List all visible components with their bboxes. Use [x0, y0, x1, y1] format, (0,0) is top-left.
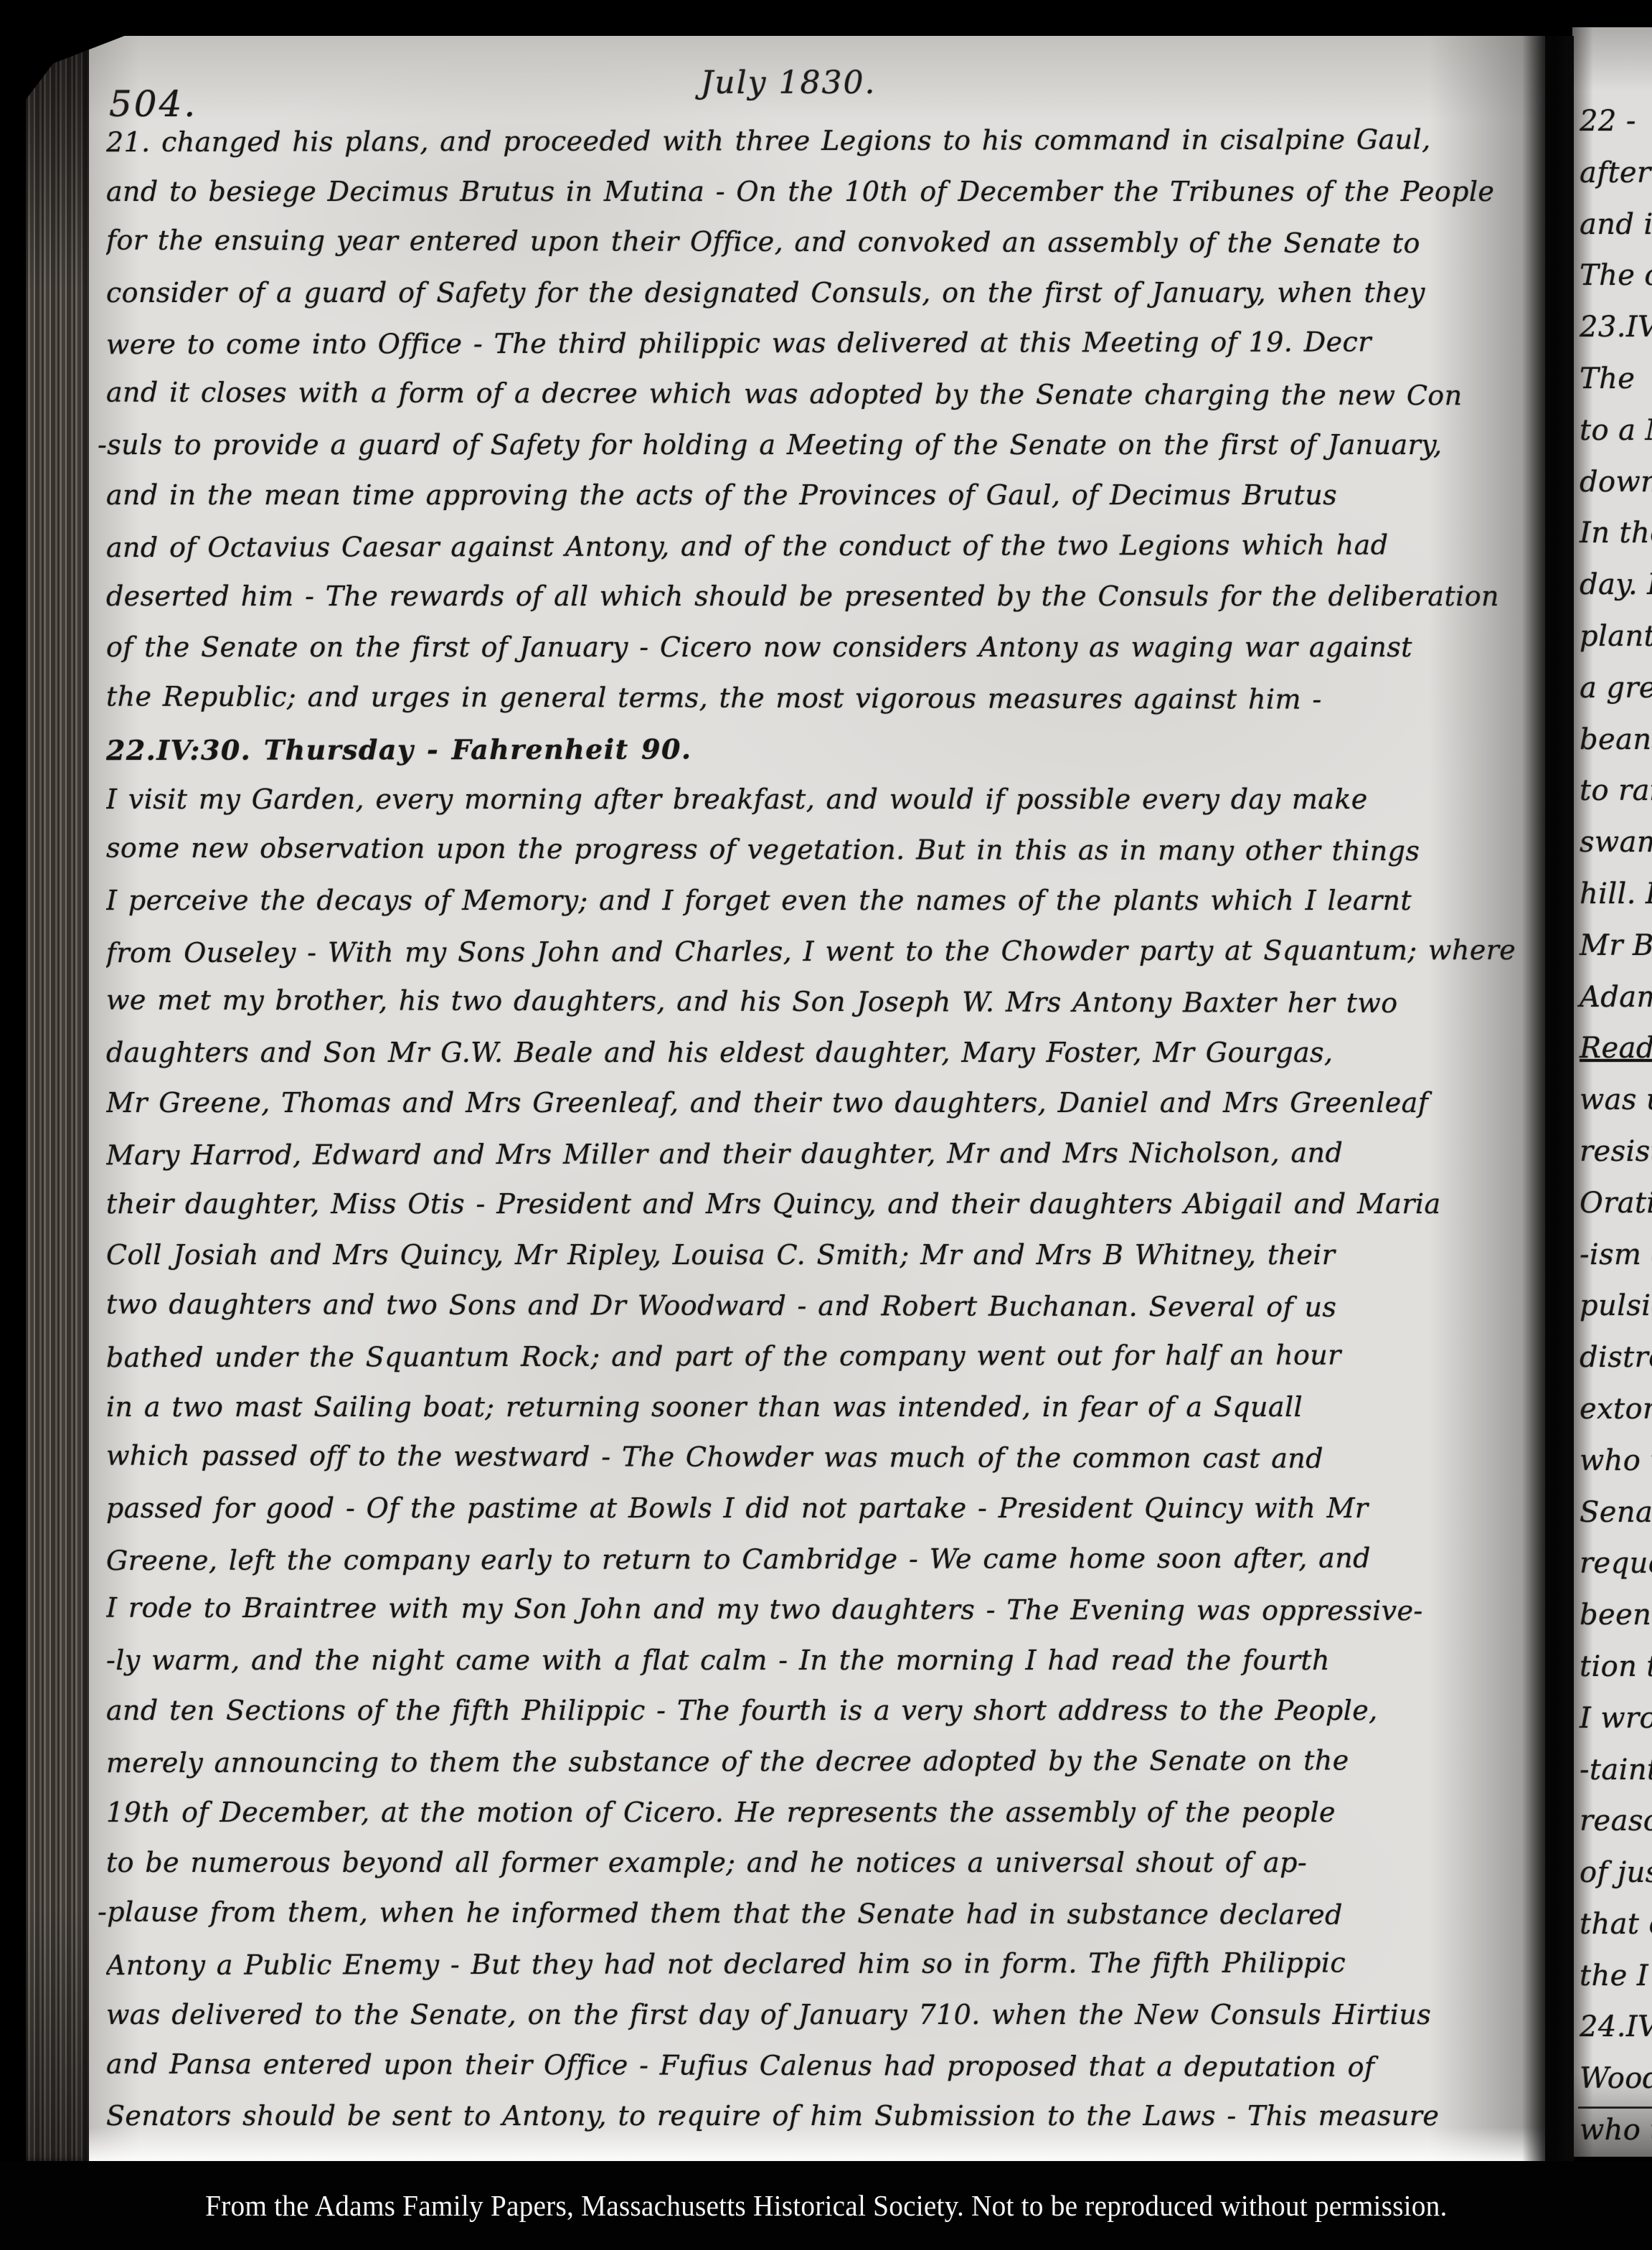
facing-page-line-fragment: Adams	[1580, 981, 1652, 1032]
manuscript-line: Coll Josiah and Mrs Quincy, Mr Ripley, L…	[106, 1239, 1535, 1290]
facing-page-line-fragment: after	[1580, 156, 1652, 208]
manuscript-line: 21. changed his plans, and proceeded wit…	[106, 123, 1535, 177]
facing-page-text: 22 -afterand inThe c23.IVTheto a MdownIn…	[1580, 105, 1652, 2157]
manuscript-line: were to come into Office - The third phi…	[106, 326, 1535, 380]
manuscript-text: 21. changed his plans, and proceeded wit…	[106, 125, 1535, 2151]
manuscript-line: 22.IV:30. Thursday - Fahrenheit 90.	[106, 731, 1535, 785]
facing-page-line-fragment: resist	[1580, 1135, 1652, 1187]
manuscript-line: -plause from them, when he informed them…	[98, 1896, 1535, 1949]
manuscript-line: passed for good - Of the pastime at Bowl…	[106, 1492, 1535, 1543]
manuscript-line: the Republic; and urges in general terms…	[106, 680, 1535, 734]
facing-page-line-fragment: down	[1580, 466, 1652, 517]
facing-page-line-fragment: 22 -	[1580, 105, 1652, 156]
manuscript-line: Senators should be sent to Antony, to re…	[106, 2100, 1535, 2151]
facing-page-line-fragment: extorn	[1580, 1393, 1652, 1444]
page-number: 504.	[109, 83, 197, 125]
manuscript-line: bathed under the Squantum Rock; and part…	[106, 1339, 1535, 1393]
facing-page-line-fragment: 24.IV	[1580, 2010, 1652, 2062]
manuscript-line: was delivered to the Senate, on the firs…	[106, 1999, 1535, 2050]
facing-page-line-fragment: Mr Bea	[1580, 929, 1652, 981]
facing-page-line-fragment: In the	[1580, 517, 1652, 568]
facing-page-line-fragment: pulsic	[1580, 1289, 1652, 1341]
facing-page-line-fragment: been d	[1580, 1599, 1652, 1650]
book-binding-page-edges	[26, 36, 89, 2161]
page-header-date: July 1830.	[701, 65, 877, 101]
facing-page-line-fragment: was up	[1580, 1083, 1652, 1135]
manuscript-line: Mary Harrod, Edward and Mrs Miller and t…	[106, 1136, 1535, 1190]
manuscript-line: from Ouseley - With my Sons John and Cha…	[106, 933, 1535, 987]
manuscript-line: -suls to provide a guard of Safety for h…	[98, 429, 1535, 480]
manuscript-line: I perceive the decays of Memory; and I f…	[106, 885, 1535, 936]
facing-page-line-fragment: The c	[1580, 259, 1652, 311]
facing-page-line-fragment: plants	[1580, 620, 1652, 672]
facing-page-line-fragment: who w	[1580, 1444, 1652, 1496]
facing-page-line-fragment: that o	[1580, 1908, 1652, 1959]
attribution-caption: From the Adams Family Papers, Massachuse…	[205, 2188, 1448, 2223]
manuscript-line: we met my brother, his two daughters, an…	[106, 984, 1535, 1038]
facing-page-line-fragment: to rais	[1580, 774, 1652, 826]
manuscript-line: -ly warm, and the night came with a flat…	[106, 1644, 1535, 1695]
manuscript-line: 19th of December, at the motion of Cicer…	[106, 1797, 1535, 1847]
manuscript-line: deserted him - The rewards of all which …	[106, 580, 1535, 631]
facing-page-line-fragment: beans -	[1580, 723, 1652, 775]
manuscript-line: I rode to Braintree with my Son John and…	[106, 1592, 1535, 1646]
manuscript-line: which passed off to the westward - The C…	[106, 1440, 1535, 1494]
manuscript-line: and Pansa entered upon their Office - Fu…	[106, 2048, 1535, 2101]
facing-page-line-fragment: to a M	[1580, 414, 1652, 466]
manuscript-page-right: 22 -afterand inThe c23.IVTheto a MdownIn…	[1572, 27, 1652, 2157]
manuscript-scan: 504. July 1830. 21. changed his plans, a…	[0, 0, 1652, 2250]
facing-page-line-fragment: The	[1580, 362, 1652, 414]
facing-page-line-fragment: I wrot	[1580, 1702, 1652, 1754]
book-gutter-shadow	[1522, 36, 1574, 2161]
facing-page-line-fragment: and in	[1580, 208, 1652, 260]
facing-page-line-fragment: hill. I	[1580, 877, 1652, 929]
attribution-bar: From the Adams Family Papers, Massachuse…	[0, 2161, 1652, 2250]
manuscript-line: daughters and Son Mr G.W. Beale and his …	[106, 1037, 1535, 1088]
facing-page-line-fragment: the I	[1580, 1959, 1652, 2011]
facing-page-line-fragment: reques	[1580, 1547, 1652, 1599]
manuscript-line: Greene, left the company early to return…	[106, 1542, 1535, 1596]
facing-page-line-fragment: who t	[1580, 2114, 1652, 2157]
manuscript-line: and to besiege Decimus Brutus in Mutina …	[106, 176, 1535, 227]
manuscript-line: two daughters and two Sons and Dr Woodwa…	[106, 1288, 1535, 1342]
facing-page-line-fragment: day. I	[1580, 568, 1652, 620]
manuscript-line: and in the mean time approving the acts …	[106, 479, 1535, 530]
facing-page-line-fragment: Senate	[1580, 1496, 1652, 1548]
manuscript-line: consider of a guard of Safety for the de…	[106, 277, 1535, 328]
manuscript-line: and it closes with a form of a decree wh…	[106, 377, 1535, 430]
manuscript-line: to be numerous beyond all former example…	[106, 1847, 1535, 1898]
facing-page-line-fragment: of jus	[1580, 1856, 1652, 1908]
manuscript-line: and ten Sections of the fifth Philippic …	[106, 1695, 1535, 1746]
facing-page-line-fragment: Oratio	[1580, 1187, 1652, 1238]
manuscript-line: in a two mast Sailing boat; returning so…	[106, 1391, 1535, 1442]
facing-page-line-fragment: Read	[1580, 1032, 1652, 1083]
manuscript-line: I visit my Garden, every morning after b…	[106, 783, 1535, 834]
manuscript-line: Antony a Public Enemy - But they had not…	[106, 1947, 1535, 2000]
manuscript-line: and of Octavius Caesar against Antony, a…	[106, 529, 1535, 583]
facing-page-line-fragment: a great	[1580, 672, 1652, 723]
facing-page-line-fragment: -tainty	[1580, 1754, 1652, 1805]
facing-page-line-fragment: 23.IV	[1580, 311, 1652, 362]
facing-page-line-fragment: reason	[1580, 1804, 1652, 1856]
manuscript-line: of the Senate on the first of January - …	[106, 631, 1535, 682]
facing-page-line-fragment: -ism of	[1580, 1238, 1652, 1290]
manuscript-line: Mr Greene, Thomas and Mrs Greenleaf, and…	[106, 1087, 1535, 1138]
manuscript-line: some new observation upon the progress o…	[106, 832, 1535, 886]
facing-page-line-fragment: distres	[1580, 1341, 1652, 1393]
manuscript-line: their daughter, Miss Otis - President an…	[106, 1188, 1535, 1239]
manuscript-page-left: 504. July 1830. 21. changed his plans, a…	[89, 36, 1545, 2161]
open-book-left-side: 504. July 1830. 21. changed his plans, a…	[26, 36, 1545, 2161]
manuscript-line: merely announcing to them the substance …	[106, 1744, 1535, 1798]
facing-page-line-fragment: tion to	[1580, 1650, 1652, 1702]
facing-page-line-fragment: swam	[1580, 826, 1652, 877]
manuscript-line: for the ensuing year entered upon their …	[106, 225, 1535, 278]
